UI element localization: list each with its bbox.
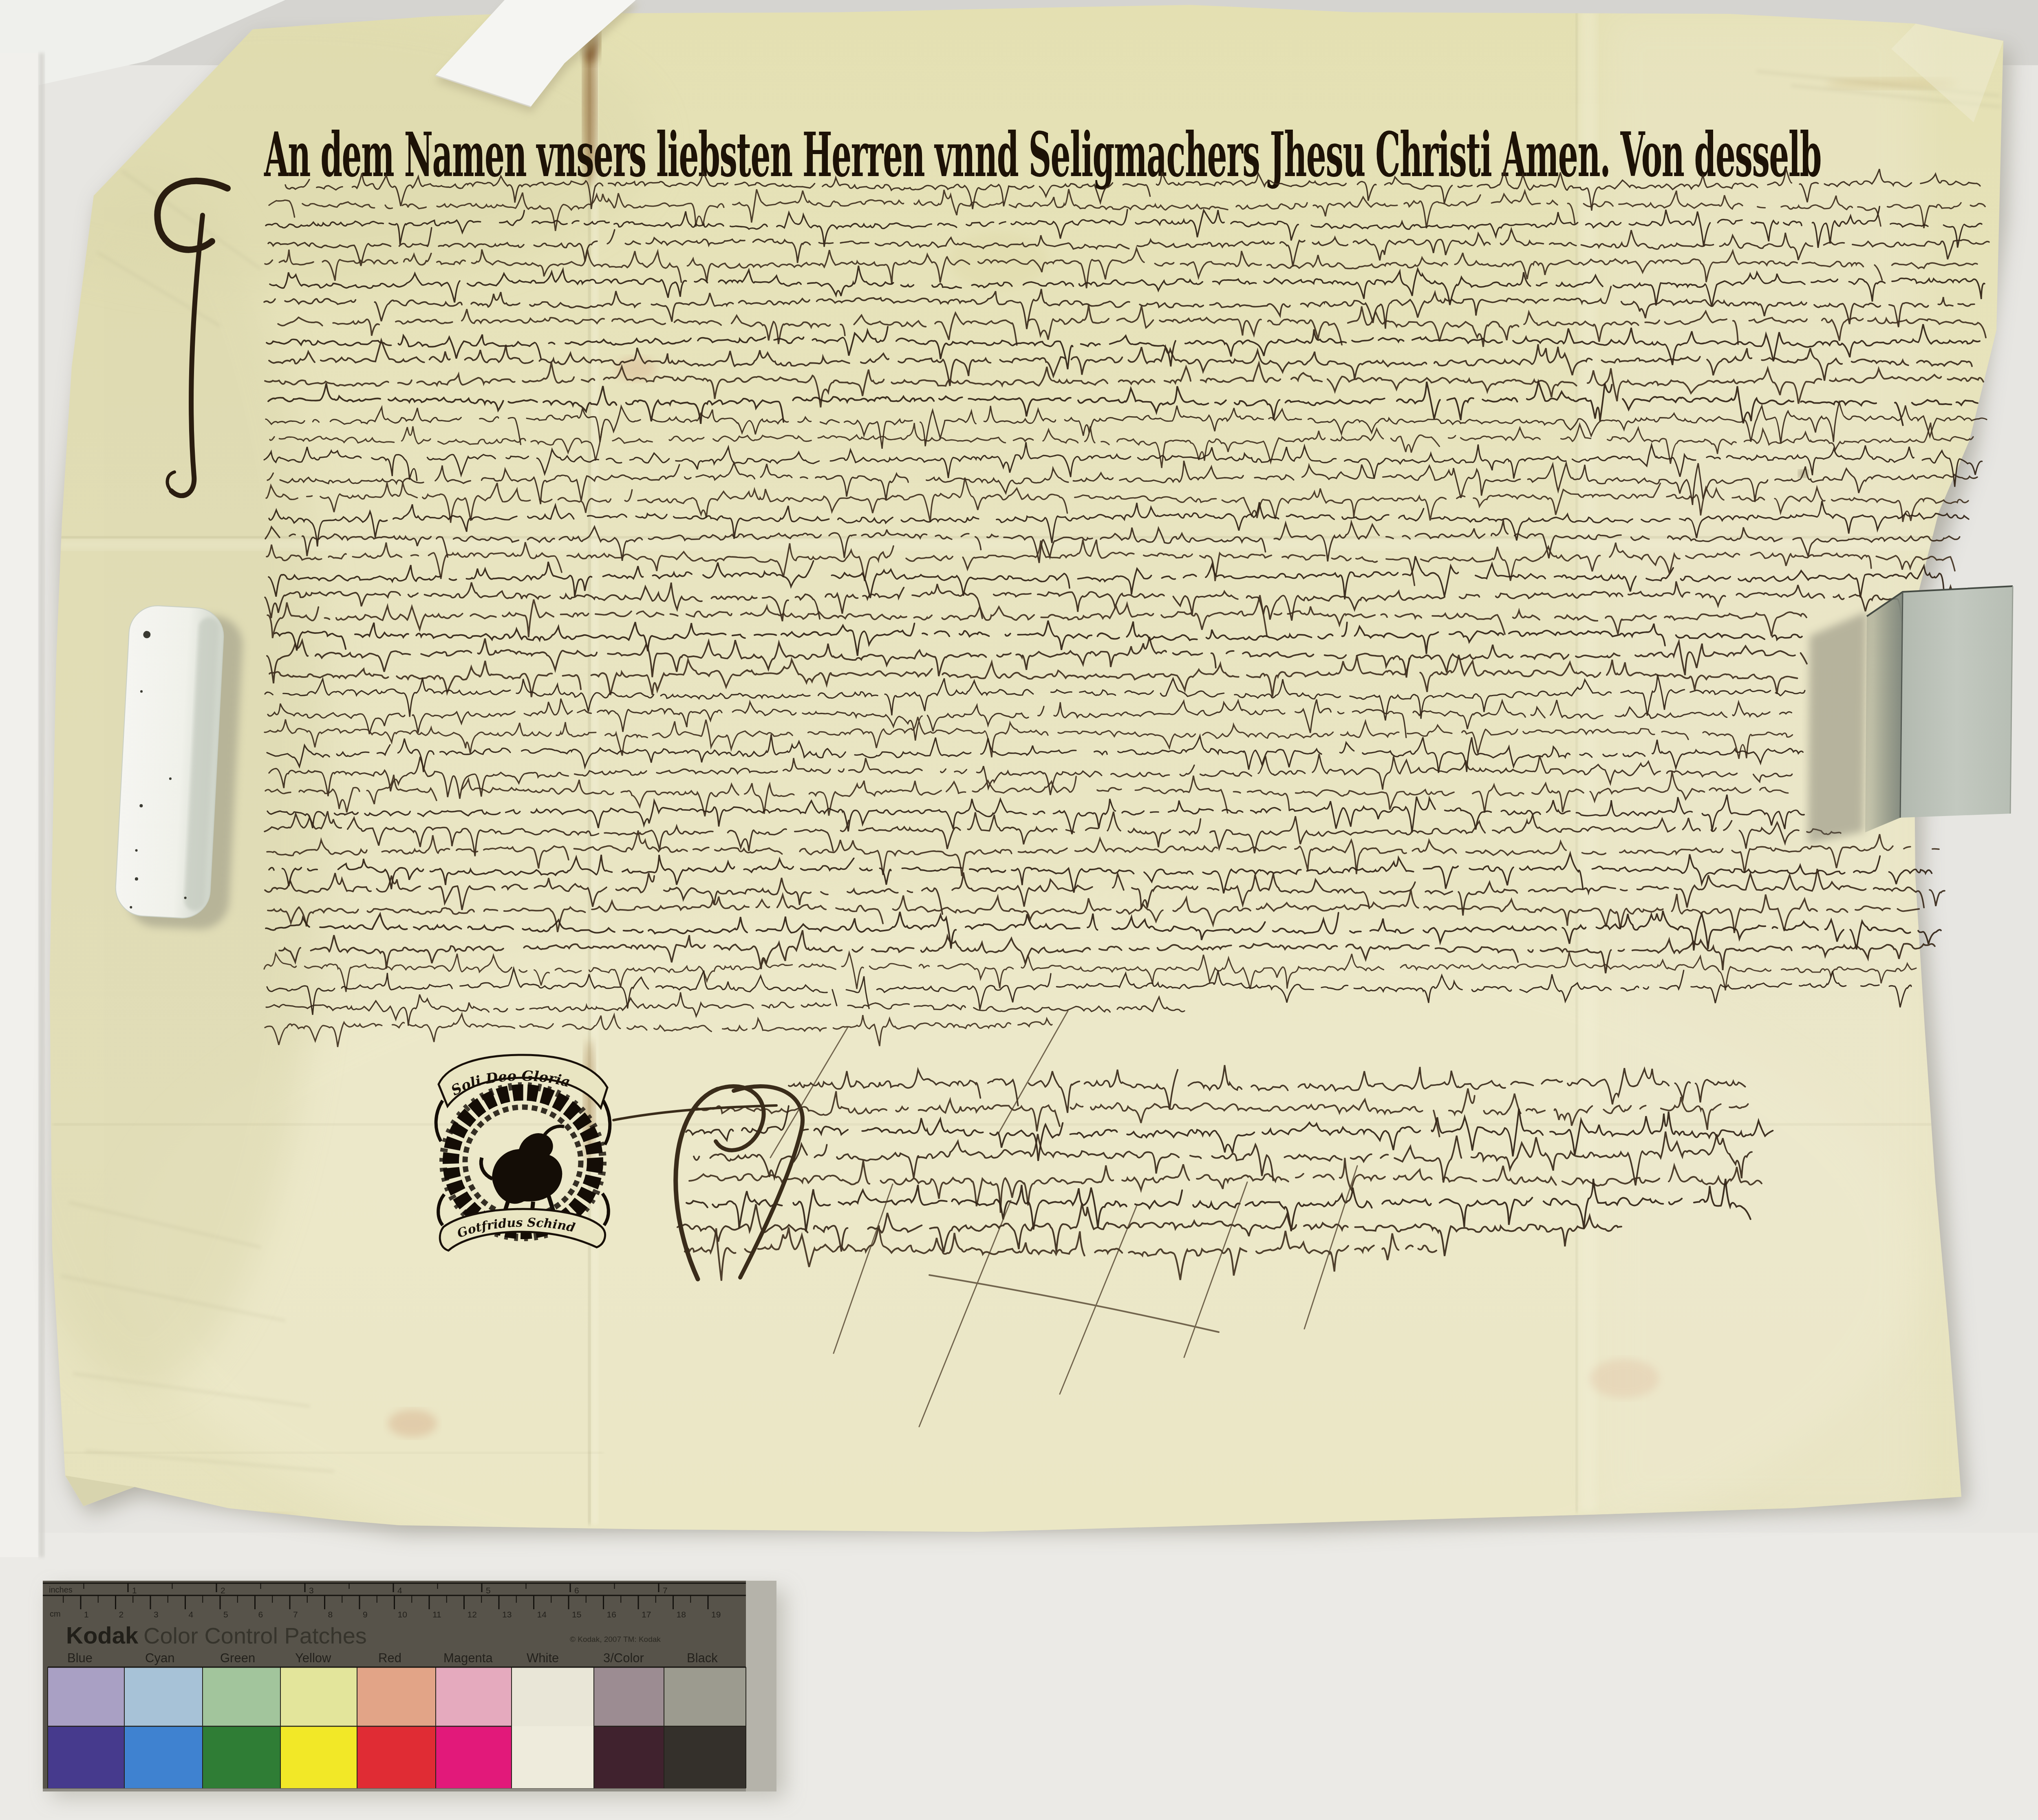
kodak-label-black: Black [687,1651,718,1665]
cm-number: 1 [84,1610,89,1619]
patch-saturated-blue [48,1726,124,1788]
inch-number: 5 [486,1586,491,1595]
patch-faded-cyan [124,1667,203,1726]
inch-number: 2 [221,1586,225,1595]
cm-number: 4 [189,1610,194,1619]
kodak-label-3-color: 3/Color [603,1651,644,1665]
patch-saturated-3-color [594,1726,664,1788]
steel-weight-side-face [1865,592,1903,832]
cm-number: 14 [537,1610,547,1619]
kodak-label-blue: Blue [67,1651,93,1665]
cm-number: 15 [572,1610,581,1619]
kodak-strip-edge [746,1581,776,1791]
patch-saturated-black [664,1726,746,1788]
kodak-label-white: White [527,1651,559,1665]
charter-heading-blackletter: An dem Namen vnsers liebsten Herren vnnd… [264,119,1821,191]
kodak-label-cyan: Cyan [145,1651,174,1665]
cm-number: 2 [119,1610,124,1619]
kodak-patch-labels: BlueCyanGreenYellowRedMagentaWhite3/Colo… [67,1651,718,1665]
cm-number: 19 [711,1610,721,1619]
plaster-weight [114,604,245,931]
patch-faded-white [512,1667,594,1726]
kodak-title-bold: Kodak [66,1622,139,1649]
ruler-cm-label: cm [50,1610,61,1619]
cm-number: 16 [607,1610,616,1619]
cm-number: 13 [502,1610,512,1619]
patch-saturated-yellow [280,1726,357,1788]
inch-number: 3 [309,1586,314,1595]
kodak-title-rest: Color Control Patches [143,1623,367,1648]
steel-weight [1808,586,2013,844]
kodak-copyright: © Kodak, 2007 TM: Kodak [570,1635,661,1644]
kodak-label-yellow: Yellow [295,1651,331,1665]
patch-faded-red [357,1667,436,1726]
kodak-patch-rows [48,1667,746,1788]
fold-line-horizontal-lower [53,1123,1940,1125]
photograph-of-parchment-charter: An dem Namen vnsers liebsten Herren vnnd… [0,0,2038,1820]
ruler-inches-label: inches [49,1586,73,1595]
patch-faded-3-color [594,1667,664,1726]
fold-highlight-right-vertical [1579,8,1597,1512]
parchment-stain [1590,1359,1659,1398]
patch-faded-green [203,1667,280,1726]
patch-faded-magenta [436,1667,512,1726]
cm-number: 9 [363,1610,368,1619]
patch-saturated-cyan [124,1726,203,1788]
patch-saturated-red [357,1726,436,1788]
cm-number: 18 [677,1610,686,1619]
cm-number: 10 [398,1610,407,1619]
inch-number: 1 [132,1586,137,1595]
patch-faded-yellow [280,1667,357,1726]
steel-weight-shadow [1808,611,1867,844]
patch-saturated-green [203,1726,280,1788]
cm-number: 5 [223,1610,228,1619]
cm-number: 11 [432,1610,441,1619]
inch-number: 6 [574,1586,579,1595]
backing-board-edge [0,53,39,1557]
fold-line-right-vertical [1576,8,1578,1512]
steel-weight-front-face [1900,586,2013,818]
kodak-label-magenta: Magenta [443,1651,493,1665]
cm-number: 17 [642,1610,651,1619]
cm-number: 8 [328,1610,333,1619]
backing-board-shadow [39,53,44,1557]
kodak-label-red: Red [378,1651,401,1665]
patch-saturated-magenta [436,1726,512,1788]
inch-number: 7 [663,1586,668,1595]
kodak-color-strip: inches cm 1234567 1234567891011121314151… [43,1581,785,1798]
parchment-stain [388,1410,437,1437]
wrinkle-horizontal-bottom-left [53,1452,603,1454]
cm-number: 7 [293,1610,298,1619]
kodak-label-green: Green [220,1651,255,1665]
parchment: An dem Namen vnsers liebsten Herren vnnd… [0,0,2003,1630]
patch-saturated-white [512,1726,594,1788]
cm-number: 3 [154,1610,159,1619]
patch-faded-black [664,1667,746,1726]
cm-number: 6 [258,1610,263,1619]
cm-number: 12 [468,1610,477,1619]
fold-highlight-horizontal-upper [57,539,1940,550]
patch-faded-blue [48,1667,124,1726]
inch-number: 4 [397,1586,402,1595]
kodak-strip-bottom-edge [43,1789,746,1791]
